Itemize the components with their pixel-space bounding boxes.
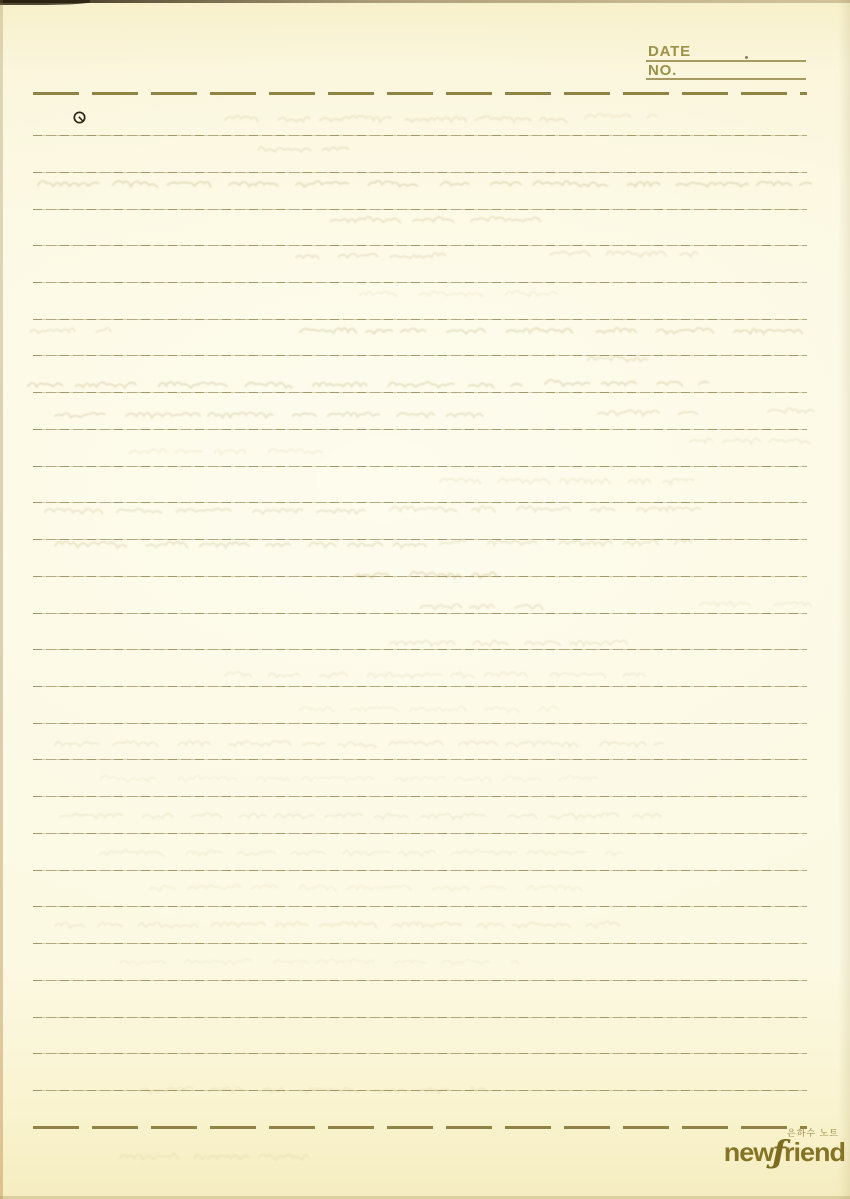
ink-speck [745,56,748,59]
ruled-line [33,209,807,210]
ruled-line [33,1090,807,1091]
ruled-line [33,723,807,724]
no-underline [646,78,806,80]
bleedthrough-row [550,247,700,263]
bleedthrough-row [55,408,485,424]
ruled-line [33,613,807,614]
scan-edge-top-left-corner [0,0,90,5]
brand-prefix: new [724,1138,774,1167]
bleedthrough-row [300,702,560,718]
ruled-line [33,135,807,136]
no-label: NO. [648,62,677,79]
bleedthrough-row [330,213,560,229]
dashed-margin-line [33,92,807,95]
ruled-line [33,245,807,246]
bleedthrough-row [120,1150,330,1166]
ruled-line [33,319,807,320]
bleedthrough-row [55,918,615,934]
brand-block: 은하수 노트 newƒriend [670,1128,845,1166]
brand-f-glyph: ƒ [772,1134,785,1170]
ruled-line [33,943,807,944]
bleedthrough-row [45,504,365,520]
ruled-line [33,502,807,503]
ruled-line [33,980,807,981]
bleedthrough-row [545,376,705,392]
bleedthrough-row [588,352,658,368]
bleedthrough-row [225,112,565,128]
scan-edge-top [0,0,850,3]
bleedthrough-row [55,538,425,554]
bleedthrough-row [258,142,343,158]
bleedthrough-row [120,955,520,971]
pen-doodle-icon [72,110,87,125]
bleedthrough-row [60,809,660,825]
bleedthrough-row [38,177,808,193]
bleedthrough-row [768,404,813,420]
bleedthrough-row [130,445,330,461]
bleedthrough-row [440,474,700,490]
ruled-line [33,686,807,687]
bleedthrough-row [300,324,810,340]
bleedthrough-row [296,249,446,265]
ruled-line [33,833,807,834]
ruled-line [33,539,807,540]
ruled-line [33,576,807,577]
ruled-line [33,172,807,173]
ruled-line [33,1053,807,1054]
bleedthrough-row [420,600,540,616]
bleedthrough-row [585,110,655,126]
ruled-line [33,870,807,871]
bleedthrough-row [140,1083,490,1099]
scan-edge-right [838,0,850,1199]
bleedthrough-row [360,287,560,303]
date-label: DATE [648,43,691,60]
scan-edge-left [0,0,3,1199]
ruled-line [33,466,807,467]
notebook-page-scan: DATE NO. 은하수 노트 newƒriend [0,0,850,1199]
bleedthrough-row [390,502,700,518]
series-label: 은하수 노트 [670,1128,839,1138]
ruled-line [33,906,807,907]
bleedthrough-row [150,881,580,897]
ruled-line [33,759,807,760]
bleedthrough-row [690,434,810,450]
ruled-line [33,649,807,650]
bleedthrough-row [100,846,620,862]
bleedthrough-row [700,597,810,613]
bleedthrough-row [30,324,110,340]
brand-suffix: riend [784,1138,845,1167]
ruled-line [33,1017,807,1018]
bleedthrough-row [100,772,600,788]
bleedthrough-row [225,668,645,684]
bleedthrough-row [55,737,665,753]
ruled-line [33,429,807,430]
ruled-line [33,796,807,797]
bleedthrough-row [598,406,693,422]
ruled-line [33,392,807,393]
ruled-line [33,355,807,356]
ruled-line [33,282,807,283]
brand-logo: newƒriend [670,1138,845,1165]
